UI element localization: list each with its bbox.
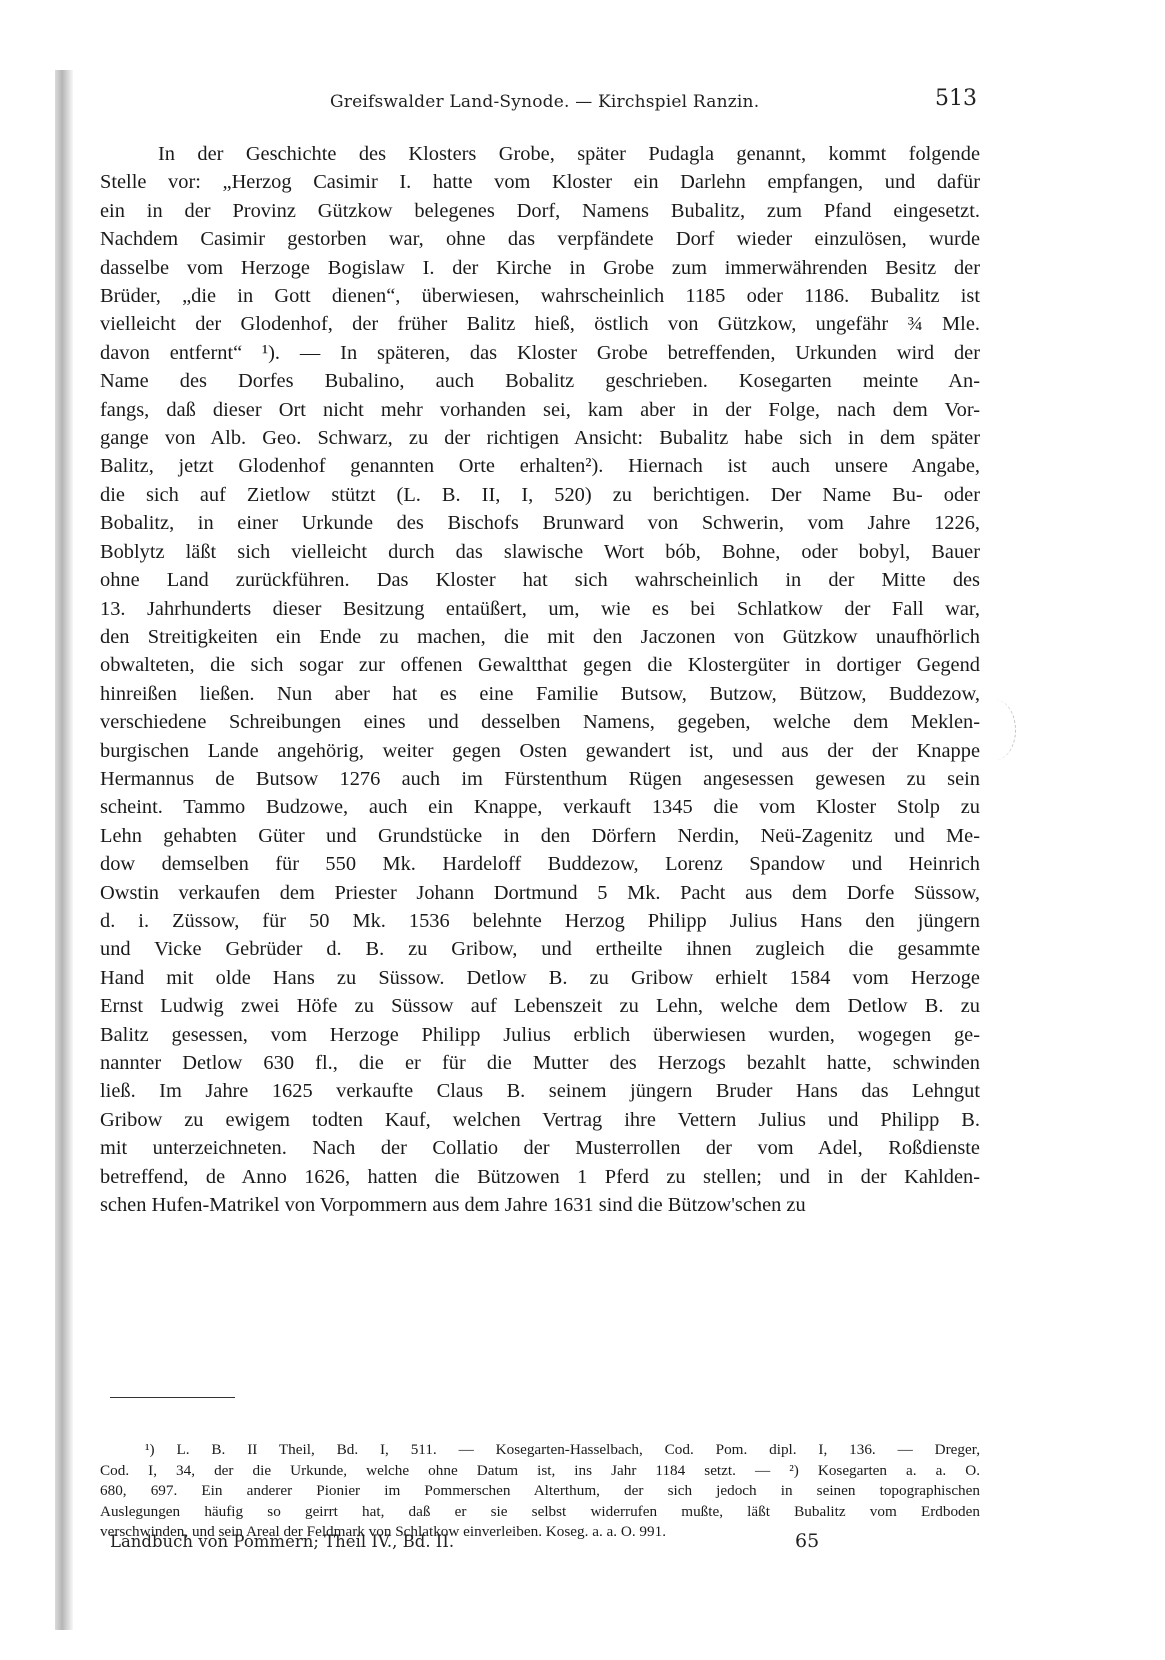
text-line: burgischen Lande angehörig, weiter gegen… (100, 737, 980, 765)
text-line: davon entfernt“ ¹). — In späteren, das K… (100, 339, 980, 367)
footnote-line: Auslegungen häufig so geirrt hat, daß er… (100, 1502, 980, 1523)
footnote-line: 680, 697. Ein anderer Pionier im Pommers… (100, 1481, 980, 1502)
text-line: Gribow zu ewigem todten Kauf, welchen Ve… (100, 1106, 980, 1134)
text-line: fangs, daß dieser Ort nicht mehr vorhand… (100, 396, 980, 424)
text-line: Lehn gehabten Güter und Grundstücke in d… (100, 822, 980, 850)
text-line: ließ. Im Jahre 1625 verkaufte Claus B. s… (100, 1077, 980, 1105)
text-line: betreffend, de Anno 1626, hatten die Büt… (100, 1163, 980, 1191)
text-line: dow demselben für 550 Mk. Hardeloff Budd… (100, 850, 980, 878)
book-signature: Landbuch von Pommern; Theil IV., Bd. II. (110, 1532, 454, 1551)
text-line: scheint. Tammo Budzowe, auch ein Knappe,… (100, 793, 980, 821)
text-line: Balitz gesessen, vom Herzoge Philipp Jul… (100, 1021, 980, 1049)
text-line: dasselbe vom Herzoge Bogislaw I. der Kir… (100, 254, 980, 282)
footnote-separator (110, 1397, 235, 1398)
page-number: 513 (935, 86, 977, 111)
scan-gutter-shadow (55, 70, 73, 1630)
text-line: 13. Jahrhunderts dieser Besitzung entaüß… (100, 595, 980, 623)
text-line: nannter Detlow 630 fl., die er für die M… (100, 1049, 980, 1077)
text-line: Boblytz läßt sich vielleicht durch das s… (100, 538, 980, 566)
text-line: Stelle vor: „Herzog Casimir I. hatte vom… (100, 168, 980, 196)
text-line: schen Hufen-Matrikel von Vorpommern aus … (100, 1191, 980, 1219)
text-line: den Streitigkeiten ein Ende zu machen, d… (100, 623, 980, 651)
text-line: Nachdem Casimir gestorben war, ohne das … (100, 225, 980, 253)
text-line: Brüder, „die in Gott dienen“, überwiesen… (100, 282, 980, 310)
footnotes: ¹) L. B. II Theil, Bd. I, 511. — Kosegar… (100, 1440, 980, 1543)
scan-artifact (975, 700, 1016, 760)
text-line: hinreißen ließen. Nun aber hat es eine F… (100, 680, 980, 708)
text-line: d. i. Züssow, für 50 Mk. 1536 belehnte H… (100, 907, 980, 935)
text-line: Hand mit olde Hans zu Süssow. Detlow B. … (100, 964, 980, 992)
running-head: Greifswalder Land-Synode. — Kirchspiel R… (330, 92, 970, 112)
text-line: obwalteten, die sich sogar zur offenen G… (100, 651, 980, 679)
text-line: Ernst Ludwig zwei Höfe zu Süssow auf Leb… (100, 992, 980, 1020)
body-paragraph: In der Geschichte des Klosters Grobe, sp… (100, 140, 980, 1219)
text-line: gange von Alb. Geo. Schwarz, zu der rich… (100, 424, 980, 452)
text-line: ein in der Provinz Gützkow belegenes Dor… (100, 197, 980, 225)
text-line: verschiedene Schreibungen eines und dess… (100, 708, 980, 736)
text-line: Owstin verkaufen dem Priester Johann Dor… (100, 879, 980, 907)
text-line: In der Geschichte des Klosters Grobe, sp… (100, 140, 980, 168)
text-line: die sich auf Zietlow stützt (L. B. II, I… (100, 481, 980, 509)
text-line: und Vicke Gebrüder d. B. zu Gribow, und … (100, 935, 980, 963)
footnote-line: ¹) L. B. II Theil, Bd. I, 511. — Kosegar… (100, 1440, 980, 1461)
text-line: vielleicht der Glodenhof, der früher Bal… (100, 310, 980, 338)
footnote-line: Cod. I, 34, der die Urkunde, welche ohne… (100, 1461, 980, 1482)
text-line: Hermannus de Butsow 1276 auch im Fürsten… (100, 765, 980, 793)
text-line: Bobalitz, in einer Urkunde des Bischofs … (100, 509, 980, 537)
text-line: ohne Land zurückführen. Das Kloster hat … (100, 566, 980, 594)
text-line: Balitz, jetzt Glodenhof genannten Orte e… (100, 452, 980, 480)
text-line: mit unterzeichneten. Nach der Collatio d… (100, 1134, 980, 1162)
sheet-number: 65 (795, 1530, 819, 1552)
text-line: Name des Dorfes Bubalino, auch Bobalitz … (100, 367, 980, 395)
